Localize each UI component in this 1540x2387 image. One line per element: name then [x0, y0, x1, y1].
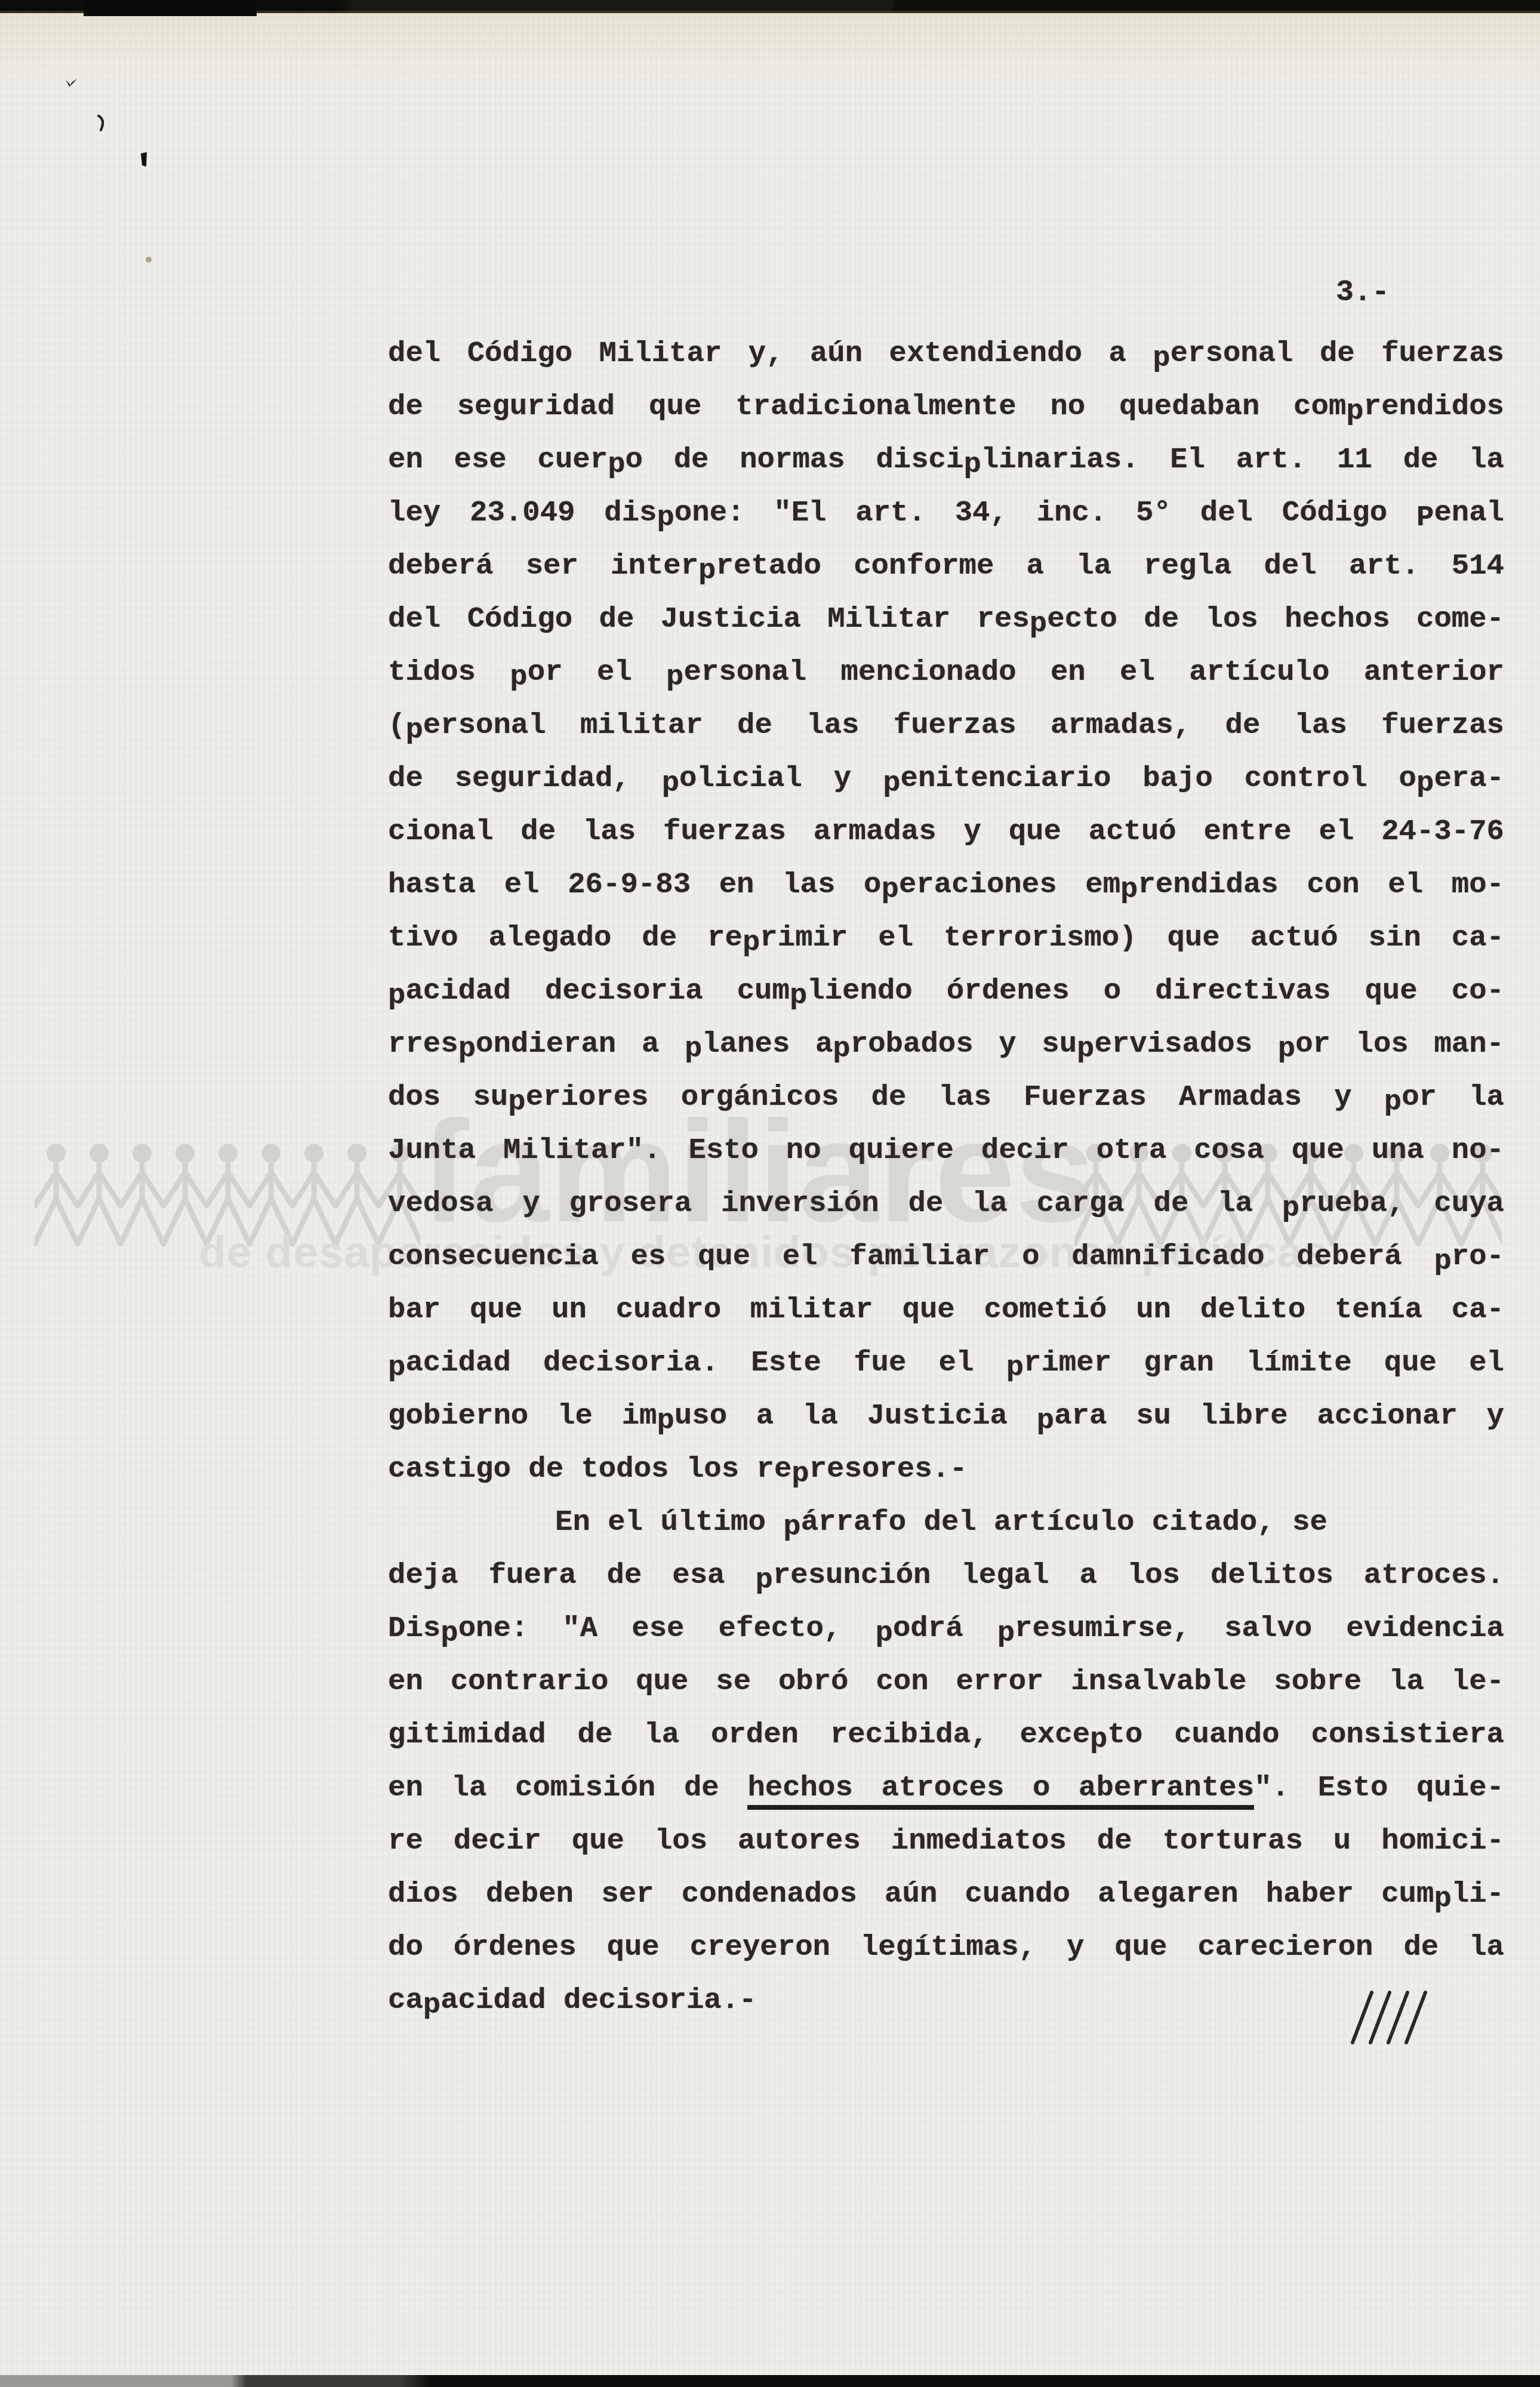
- quote-pre-text: en la comisión de: [388, 1771, 747, 1804]
- ink-speck: [64, 78, 79, 90]
- typed-line: pacidad decisoria. Este fue el primer gr…: [388, 1336, 1504, 1390]
- typed-line: del Código Militar y, aún extendiendo a …: [388, 327, 1504, 380]
- quote-post-text: ". Esto quie-: [1254, 1771, 1504, 1804]
- typed-line: ley 23.049 dispone: "El art. 34, inc. 5°…: [388, 486, 1504, 540]
- typed-line: tidos por el personal mencionado en el a…: [388, 646, 1504, 699]
- scan-edge-bottom: [0, 2375, 1540, 2387]
- typed-line: Junta Militar". Esto no quiere decir otr…: [388, 1124, 1504, 1177]
- typed-line: pacidad decisoria cumpliendo órdenes o d…: [388, 965, 1504, 1018]
- typed-text-block: del Código Militar y, aún extendiendo a …: [388, 327, 1504, 2027]
- typed-line: deja fuera de esa presunción legal a los…: [388, 1549, 1504, 1602]
- typed-line: gobierno le impuso a la Justicia para su…: [388, 1390, 1504, 1443]
- typed-line: de seguridad que tradicionalmente no que…: [388, 380, 1504, 433]
- ink-speck: [97, 115, 106, 131]
- typed-line: do órdenes que creyeron legítimas, y que…: [388, 1921, 1504, 1974]
- typed-line: deberá ser interpretado conforme a la re…: [388, 540, 1504, 593]
- pen-stray-mark: [578, 2339, 589, 2377]
- typed-line: rrespondieran a planes aprobados y super…: [388, 1018, 1504, 1071]
- typed-line: en contrario que se obró con error insal…: [388, 1655, 1504, 1708]
- underlined-phrase: hechos atroces o aberrantes: [747, 1771, 1254, 1810]
- page-number: 3.-: [1336, 276, 1390, 310]
- typed-line: tivo alegado de reprimir el terrorismo) …: [388, 911, 1504, 965]
- typed-line: hasta el 26-9-83 en las operaciones empr…: [388, 858, 1504, 911]
- typed-line: en ese cuerpo de normas disciplinarias. …: [388, 433, 1504, 486]
- typed-line: bar que un cuadro militar que cometió un…: [388, 1283, 1504, 1336]
- scan-edge-top-blot: [84, 0, 257, 16]
- typed-line-with-underline: en la comisión de hechos atroces o aberr…: [388, 1761, 1504, 1815]
- typed-line-paragraph-start: En el último párrafo del artículo citado…: [388, 1496, 1504, 1549]
- typed-line: cional de las fuerzas armadas y que actu…: [388, 805, 1504, 858]
- typed-line: dios deben ser condenados aún cuando ale…: [388, 1868, 1504, 1921]
- typed-line: (personal militar de las fuerzas armadas…: [388, 699, 1504, 752]
- typed-line: re decir que los autores inmediatos de t…: [388, 1815, 1504, 1868]
- typed-line: gitimidad de la orden recibida, excepto …: [388, 1708, 1504, 1761]
- typed-line: de seguridad, policial y penitenciario b…: [388, 752, 1504, 805]
- typed-line: Dispone: "A ese efecto, podrá presumirse…: [388, 1602, 1504, 1655]
- ink-speck: [138, 152, 149, 168]
- handwritten-end-slashes: [1342, 1988, 1433, 2047]
- typed-line: vedosa y grosera inversión de la carga d…: [388, 1177, 1504, 1230]
- typed-line: dos superiores orgánicos de las Fuerzas …: [388, 1071, 1504, 1124]
- typed-line: consecuencia es que el familiar o damnif…: [388, 1230, 1504, 1283]
- typed-line: del Código de Justicia Militar respecto …: [388, 593, 1504, 646]
- typed-line-paragraph-end: castigo de todos los represores.-: [388, 1443, 1504, 1496]
- typed-line-paragraph-end: capacidad decisoria.-: [388, 1974, 1504, 2027]
- scanned-page: familiares de desaparecidos y detenidos …: [0, 0, 1540, 2387]
- ink-speck: [146, 257, 152, 263]
